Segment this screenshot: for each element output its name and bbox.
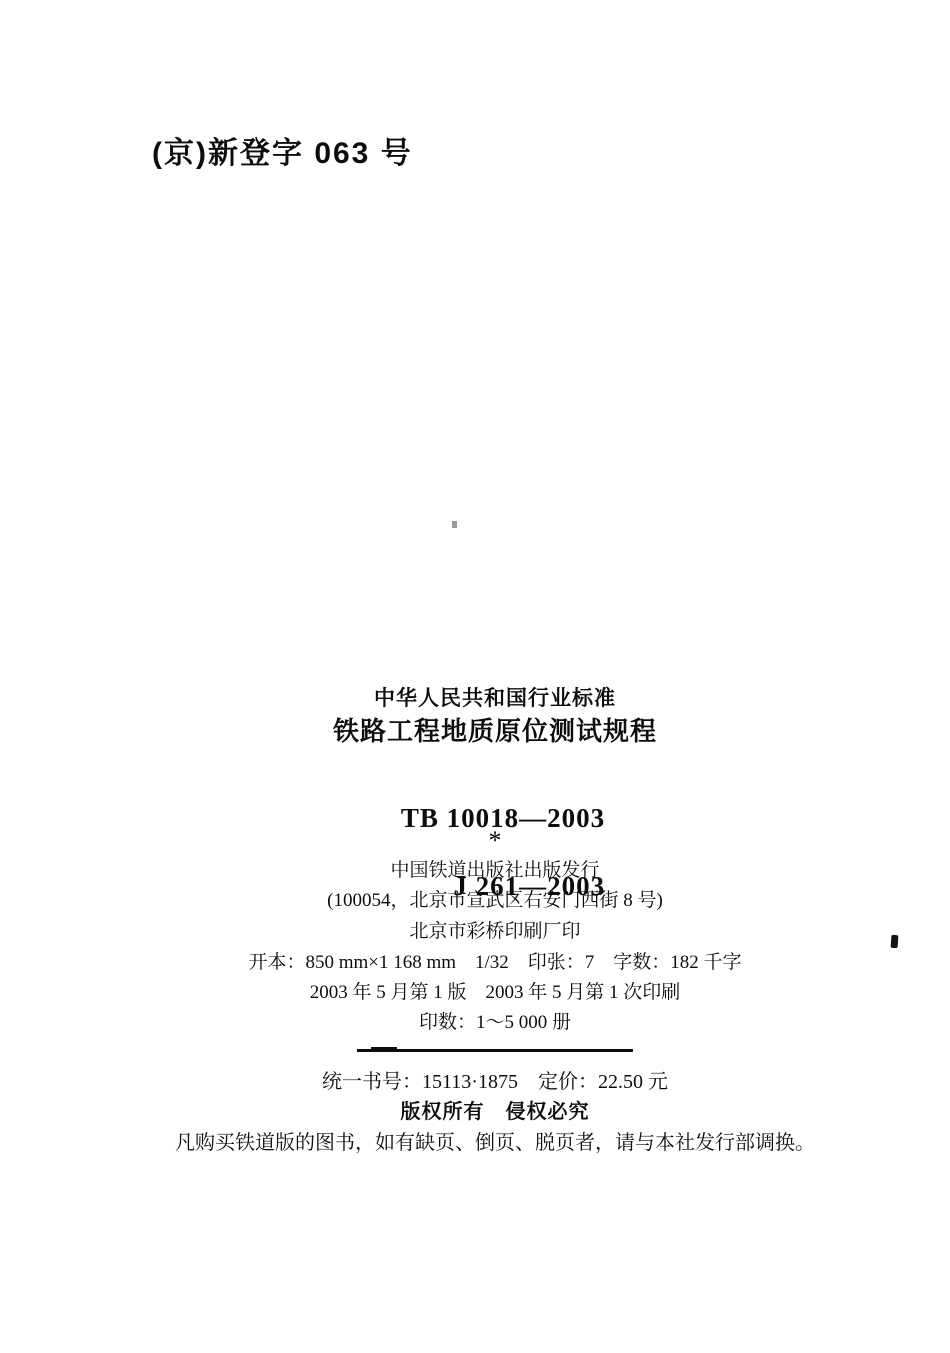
scan-artifact-dot [452,521,457,528]
standard-class: 中华人民共和国行业标准 [20,688,950,709]
publisher-line: 中国铁道出版社出版发行 [20,861,950,880]
book-number-price-line: 统一书号：15113·1875 定价：22.50 元 [20,1072,950,1092]
edition-line: 2003 年 5 月第 1 版 2003 年 5 月第 1 次印刷 [20,983,950,1002]
divider-rule [357,1049,633,1052]
star-separator: * [20,828,950,854]
exchange-notice: 凡购买铁道版的图书，如有缺页、倒页、脱页者，请与本社发行部调换。 [20,1133,950,1153]
registration-number: (京)新登字 063 号 [152,139,413,169]
colophon-page: (京)新登字 063 号 中华人民共和国行业标准 铁路工程地质原位测试规程 TB… [0,0,950,1353]
printer-line: 北京市彩桥印刷厂印 [20,922,950,941]
format-line: 开本：850 mm×1 168 mm 1/32 印张：7 字数：182 千字 [20,953,950,972]
book-title: 铁路工程地质原位测试规程 [20,718,950,744]
print-run-line: 印数：1～5 000 册 [20,1013,950,1032]
publisher-address-line: (100054，北京市宣武区右安门西街 8 号) [20,891,950,910]
copyright-notice: 版权所有 侵权必究 [20,1102,950,1122]
scan-artifact-mark [891,935,899,948]
